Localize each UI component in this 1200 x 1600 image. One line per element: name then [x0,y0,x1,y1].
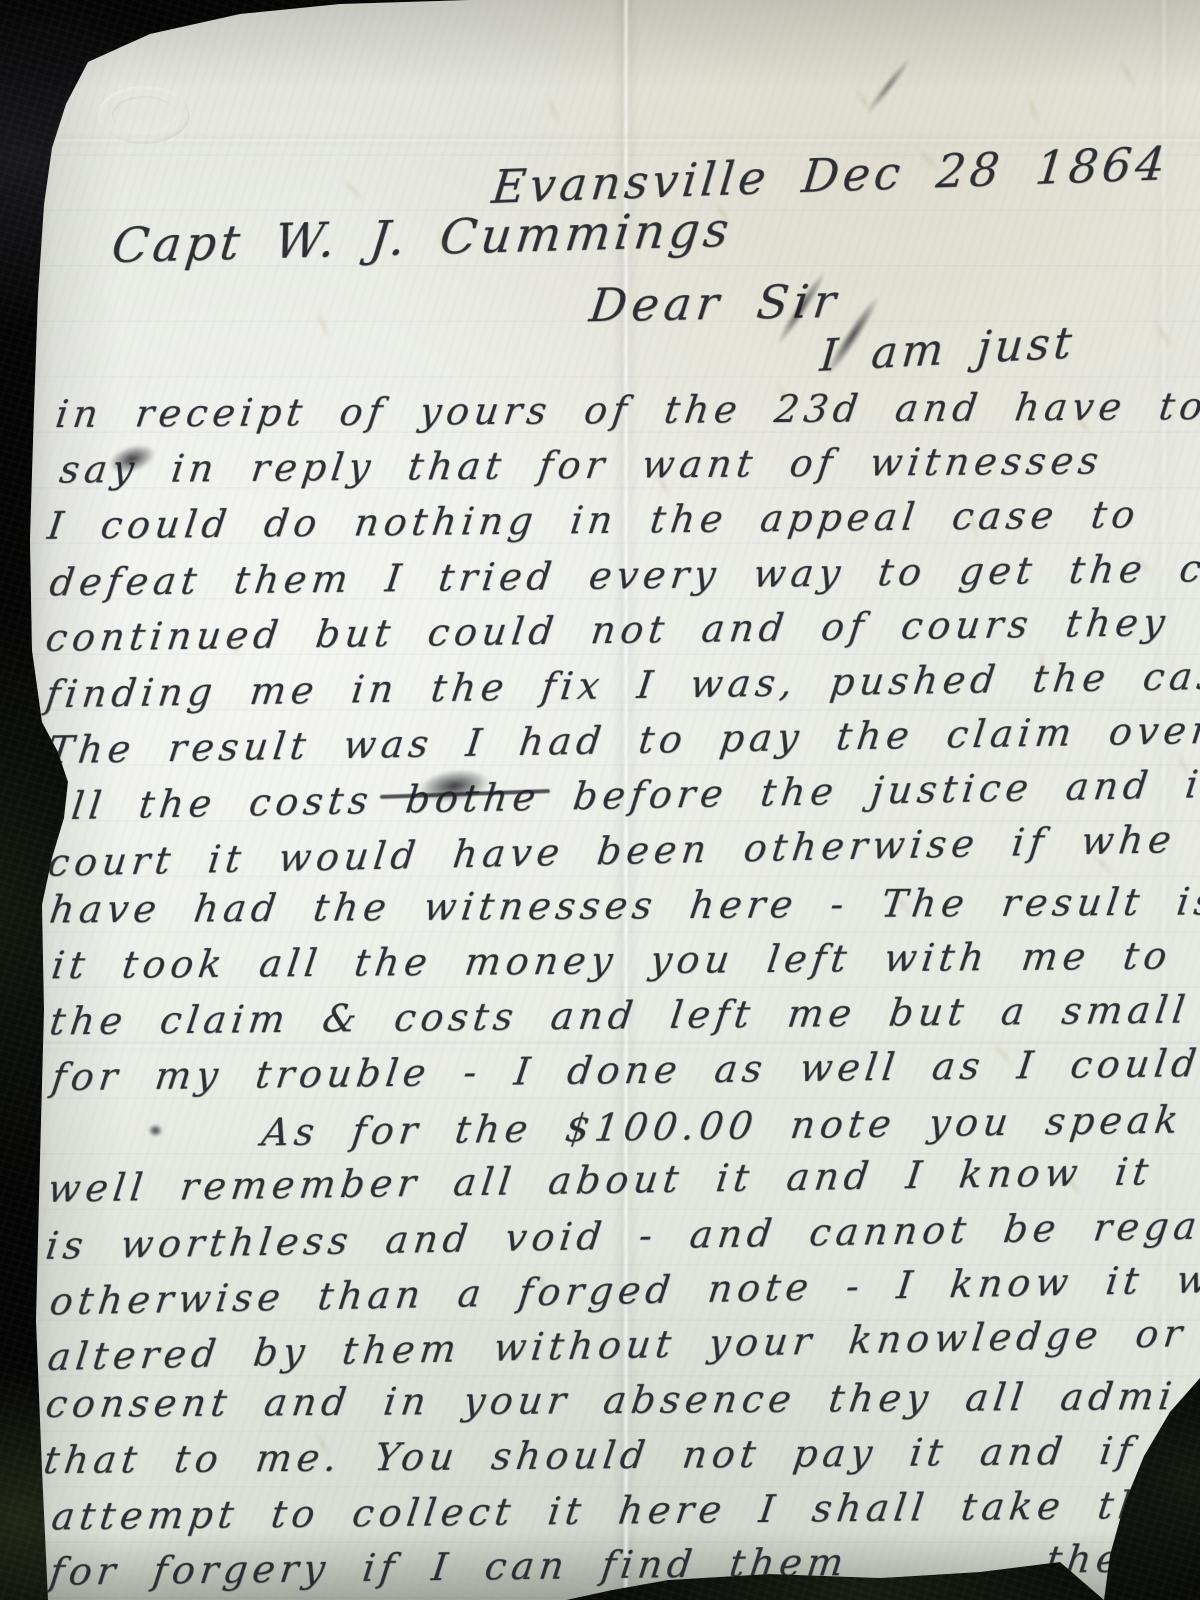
letter-line: consent and in your absence they all adm… [46,1374,1176,1426]
letter-paper: Evansville Dec 28 1864 Capt W. J. Cummin… [0,0,1200,1600]
letter-line: in receipt of yours of the 23d and have … [56,384,1200,436]
letter-line: have had the witnesses here - The result… [50,879,1200,932]
paper-edge-shading-top [0,0,1200,90]
ink-dot [148,1124,163,1137]
embossed-stationery-stamp [98,86,190,144]
letter-photo: Evansville Dec 28 1864 Capt W. J. Cummin… [0,0,1200,1600]
letter-line: say in reply that for want of witnesses [60,438,1103,491]
